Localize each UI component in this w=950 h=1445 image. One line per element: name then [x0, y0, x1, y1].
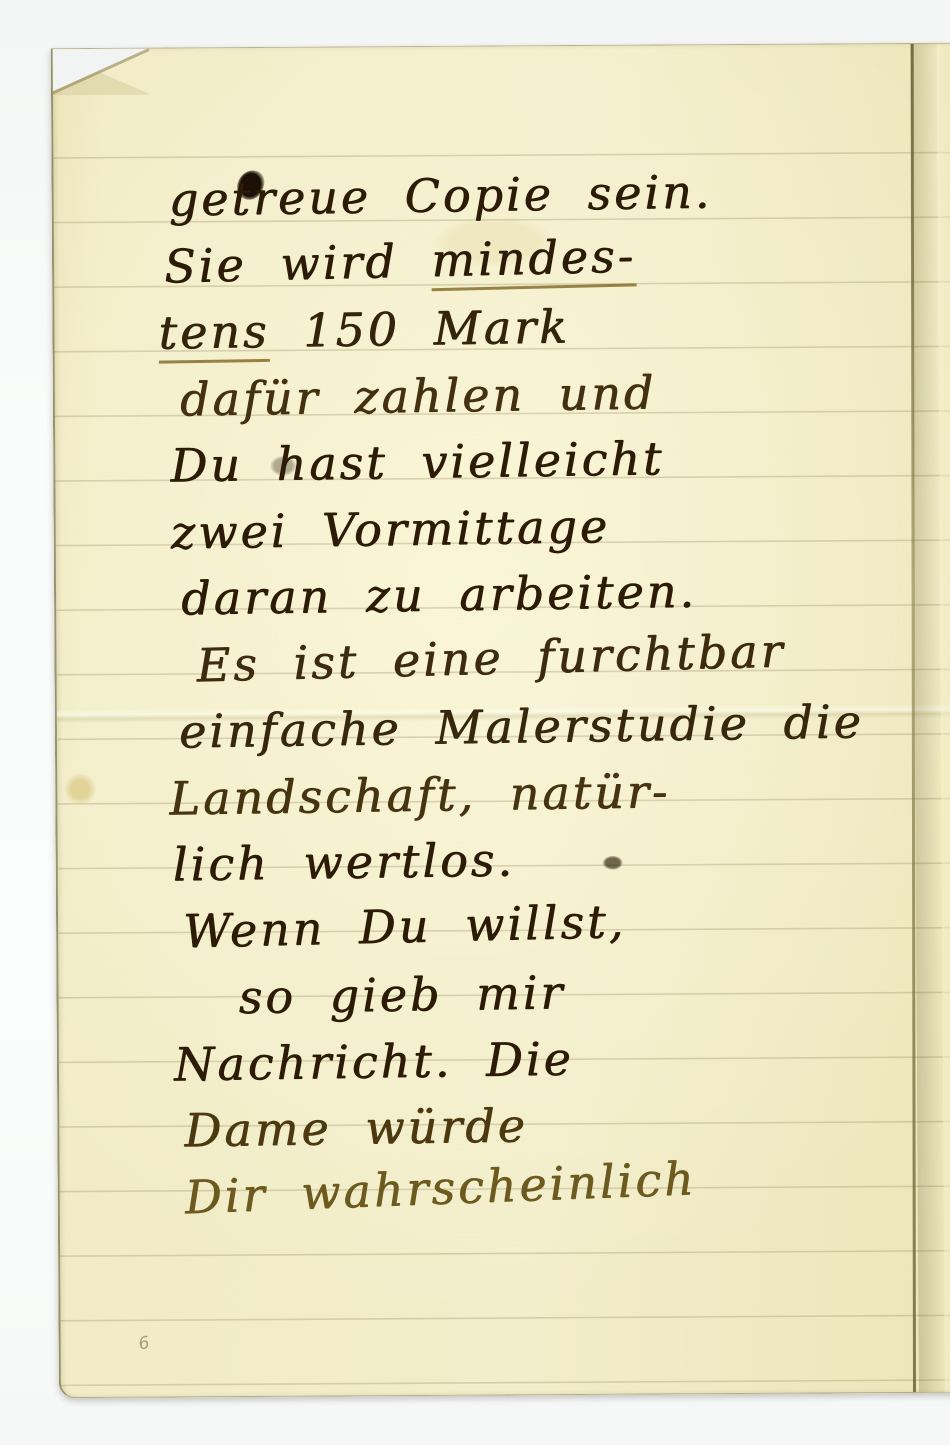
line-text: Dame würde: [184, 1098, 528, 1157]
line-text: daran zu arbeiten.: [181, 564, 698, 626]
handwritten-text: getreue Copie sein. Sie wird mindes- ten…: [153, 162, 950, 1231]
handwritten-line: einfache Malerstudie die: [178, 687, 950, 765]
underlined-text: mindes-: [431, 228, 637, 291]
handwritten-line: so gieb mir: [238, 953, 950, 1030]
line-text: Landschaft, natür-: [169, 764, 671, 825]
letter-page: getreue Copie sein. Sie wird mindes- ten…: [51, 43, 950, 1398]
line-text: dafür zahlen und: [179, 365, 656, 426]
handwritten-line: tens 150 Mark: [158, 288, 950, 366]
line-text: getreue Copie sein.: [168, 164, 712, 226]
handwritten-line: Landschaft, natür-: [169, 753, 950, 831]
line-text: Du hast vielleicht: [170, 431, 665, 492]
handwritten-line: dafür zahlen und: [179, 354, 950, 432]
line-text: Nachricht. Die: [174, 1031, 574, 1091]
handwritten-line: Nachricht. Die: [173, 1019, 950, 1097]
handwritten-line: Du hast vielleicht: [170, 421, 950, 499]
underlined-text: tens: [158, 304, 270, 364]
line-text: Dir wahrscheinlich: [184, 1151, 698, 1224]
line-text: Wenn Du willst,: [182, 893, 626, 957]
handwritten-line: zwei Vormittage: [170, 487, 950, 565]
letter-scan: getreue Copie sein. Sie wird mindes- ten…: [0, 0, 950, 1445]
line-text: 150 Mark: [269, 299, 570, 357]
line-text: Es ist eine furchtbar: [196, 623, 786, 692]
line-text: zwei Vormittage: [170, 498, 610, 559]
line-text: einfache Malerstudie die: [178, 694, 864, 758]
line-text: so gieb mir: [238, 965, 565, 1024]
line-text: Sie wird: [163, 233, 431, 293]
paper-stain: [63, 774, 97, 804]
line-text: lich wertlos.: [172, 832, 515, 891]
